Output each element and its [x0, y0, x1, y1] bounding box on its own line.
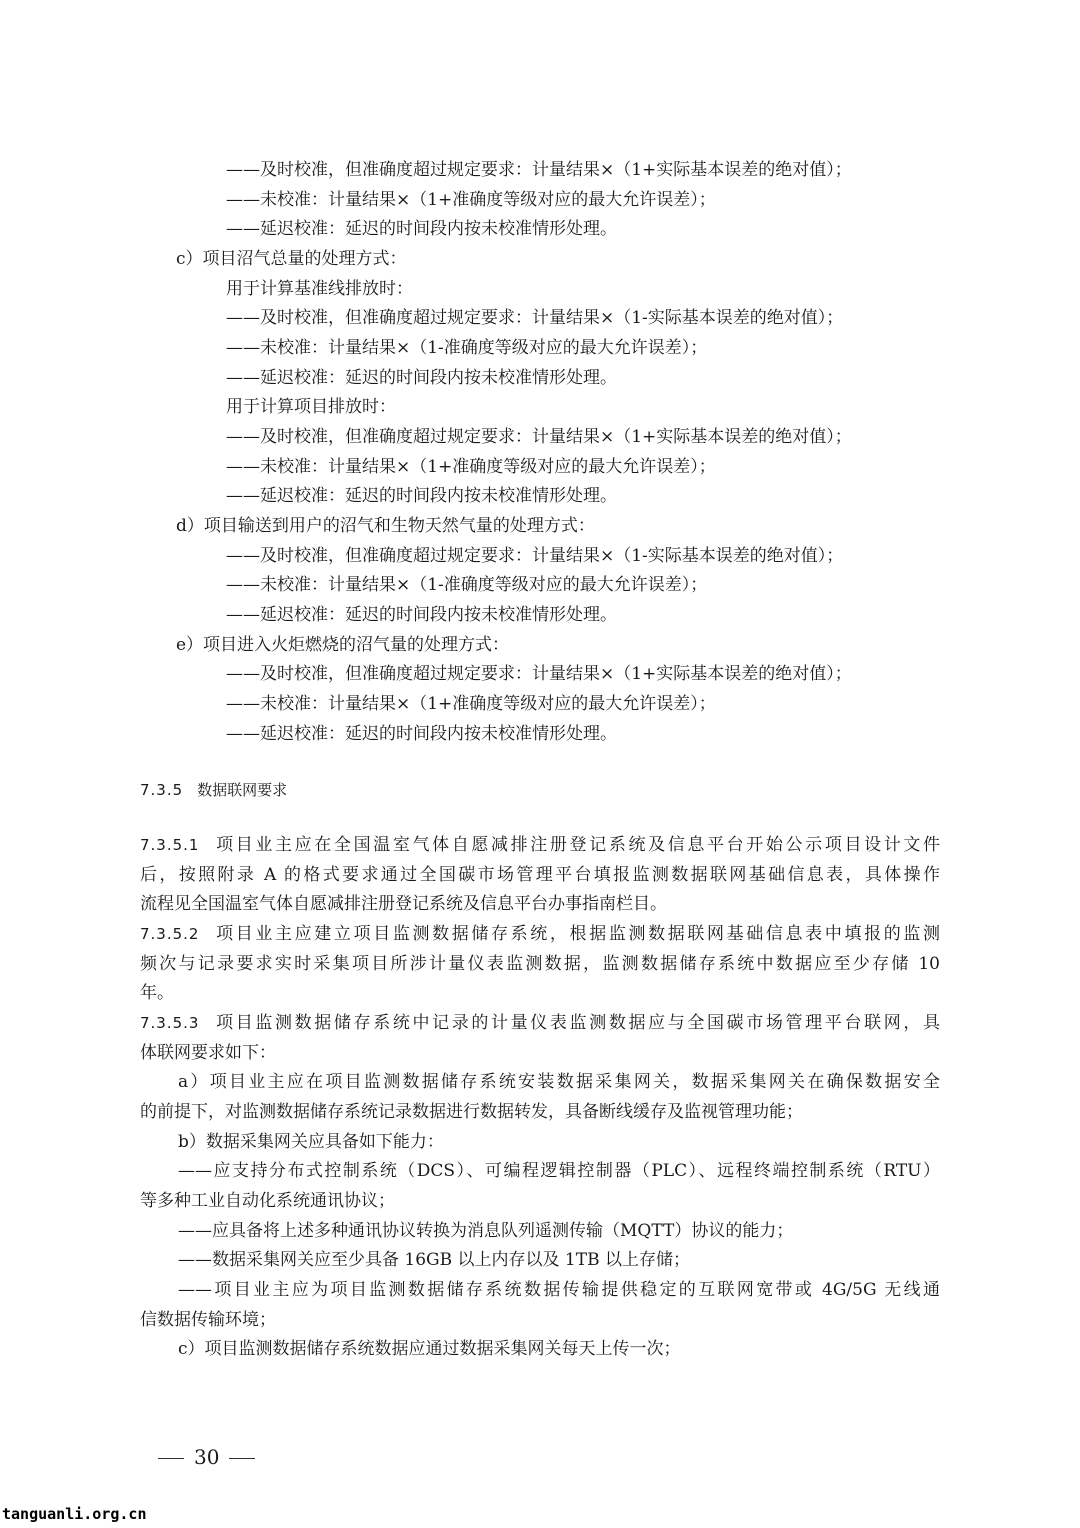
dash-item: ——及时校准，但准确度超过规定要求：计量结果×（1+实际基本误差的绝对值）；	[226, 158, 852, 182]
dash-item: ——延迟校准：延迟的时间段内按未校准情形处理。	[226, 603, 617, 627]
section-heading: 7.3.5数据联网要求	[140, 778, 287, 802]
list-item-d-title: d）项目输送到用户的沼气和生物天然气量的处理方式：	[176, 514, 595, 538]
clause-7352-line: 年。	[140, 981, 174, 1005]
list-item-a: a）项目业主应在项目监测数据储存系统安装数据采集网关，数据采集网关在确保数据安全	[178, 1070, 940, 1094]
page-number: 30	[148, 1443, 265, 1471]
clause-text: 项目业主应在全国温室气体自愿减排注册登记系统及信息平台开始公示项目设计文件	[213, 835, 940, 855]
section-title: 数据联网要求	[197, 781, 287, 799]
dash-item: ——未校准：计量结果×（1+准确度等级对应的最大允许误差）；	[226, 455, 716, 479]
clause-text: 项目业主应建立项目监测数据储存系统，根据监测数据联网基础信息表中填报的监测	[213, 924, 940, 944]
list-item-b-title: b）数据采集网关应具备如下能力：	[178, 1130, 444, 1154]
dash-item: ——及时校准，但准确度超过规定要求：计量结果×（1-实际基本误差的绝对值）；	[226, 544, 843, 568]
clause-number: 7.3.5.2	[140, 925, 199, 943]
clause-7351-line: 流程见全国温室气体自愿减排注册登记系统及信息平台办事指南栏目。	[140, 892, 667, 916]
clause-7352-line: 频次与记录要求实时采集项目所涉计量仪表监测数据，监测数据储存系统中数据应至少存储…	[140, 952, 940, 976]
dash-item-cont: 信数据传输环境；	[140, 1308, 276, 1332]
sub-label-baseline: 用于计算基准线排放时：	[226, 277, 413, 301]
page-number-text: 30	[194, 1445, 219, 1469]
clause-number: 7.3.5.1	[140, 836, 199, 854]
clause-7353-line: 7.3.5.3项目监测数据储存系统中记录的计量仪表监测数据应与全国碳市场管理平台…	[140, 1011, 940, 1035]
dash-item: ——及时校准，但准确度超过规定要求：计量结果×（1+实际基本误差的绝对值）；	[226, 425, 852, 449]
dash-item: ——及时校准，但准确度超过规定要求：计量结果×（1-实际基本误差的绝对值）；	[226, 306, 843, 330]
clause-7351-line: 后，按照附录 A 的格式要求通过全国碳市场管理平台填报监测数据联网基础信息表，具…	[140, 863, 940, 887]
sub-label-project: 用于计算项目排放时：	[226, 395, 396, 419]
list-item-e-title: e）项目进入火炬燃烧的沼气量的处理方式：	[176, 633, 509, 657]
dash-item: ——及时校准，但准确度超过规定要求：计量结果×（1+实际基本误差的绝对值）；	[226, 662, 852, 686]
dash-item: ——延迟校准：延迟的时间段内按未校准情形处理。	[226, 484, 617, 508]
dash-item: ——应支持分布式控制系统（DCS）、可编程逻辑控制器（PLC）、远程终端控制系统…	[178, 1159, 940, 1183]
dash-item: ——延迟校准：延迟的时间段内按未校准情形处理。	[226, 366, 617, 390]
dash-item-cont: 等多种工业自动化系统通讯协议；	[140, 1189, 395, 1213]
dash-item: ——应具备将上述多种通讯协议转换为消息队列遥测传输（MQTT）协议的能力；	[178, 1219, 793, 1243]
list-item-c: c）项目监测数据储存系统数据应通过数据采集网关每天上传一次；	[178, 1337, 681, 1361]
dash-item: ——项目业主应为项目监测数据储存系统数据传输提供稳定的互联网宽带或 4G/5G …	[178, 1278, 940, 1302]
clause-7352-line: 7.3.5.2项目业主应建立项目监测数据储存系统，根据监测数据联网基础信息表中填…	[140, 922, 940, 946]
clause-7351-line: 7.3.5.1项目业主应在全国温室气体自愿减排注册登记系统及信息平台开始公示项目…	[140, 833, 940, 857]
dash-item: ——未校准：计量结果×（1+准确度等级对应的最大允许误差）；	[226, 692, 716, 716]
dash-item: ——数据采集网关应至少具备 16GB 以上内存以及 1TB 以上存储；	[178, 1248, 690, 1272]
dash-item: ——未校准：计量结果×（1+准确度等级对应的最大允许误差）；	[226, 188, 716, 212]
watermark: tanguanli.org.cn	[2, 1505, 147, 1523]
section-number: 7.3.5	[140, 781, 183, 799]
dash-item: ——延迟校准：延迟的时间段内按未校准情形处理。	[226, 217, 617, 241]
dash-item: ——未校准：计量结果×（1-准确度等级对应的最大允许误差）；	[226, 573, 707, 597]
dash-right	[229, 1458, 255, 1459]
list-item-a-cont: 的前提下，对监测数据储存系统记录数据进行数据转发，具备断线缓存及监视管理功能；	[140, 1100, 803, 1124]
clause-7353-line: 体联网要求如下：	[140, 1041, 276, 1065]
dash-left	[158, 1458, 184, 1459]
clause-text: 项目监测数据储存系统中记录的计量仪表监测数据应与全国碳市场管理平台联网，具	[213, 1013, 940, 1033]
list-item-c-title: c）项目沼气总量的处理方式：	[176, 247, 407, 271]
clause-number: 7.3.5.3	[140, 1014, 199, 1032]
dash-item: ——延迟校准：延迟的时间段内按未校准情形处理。	[226, 722, 617, 746]
dash-item: ——未校准：计量结果×（1-准确度等级对应的最大允许误差）；	[226, 336, 707, 360]
